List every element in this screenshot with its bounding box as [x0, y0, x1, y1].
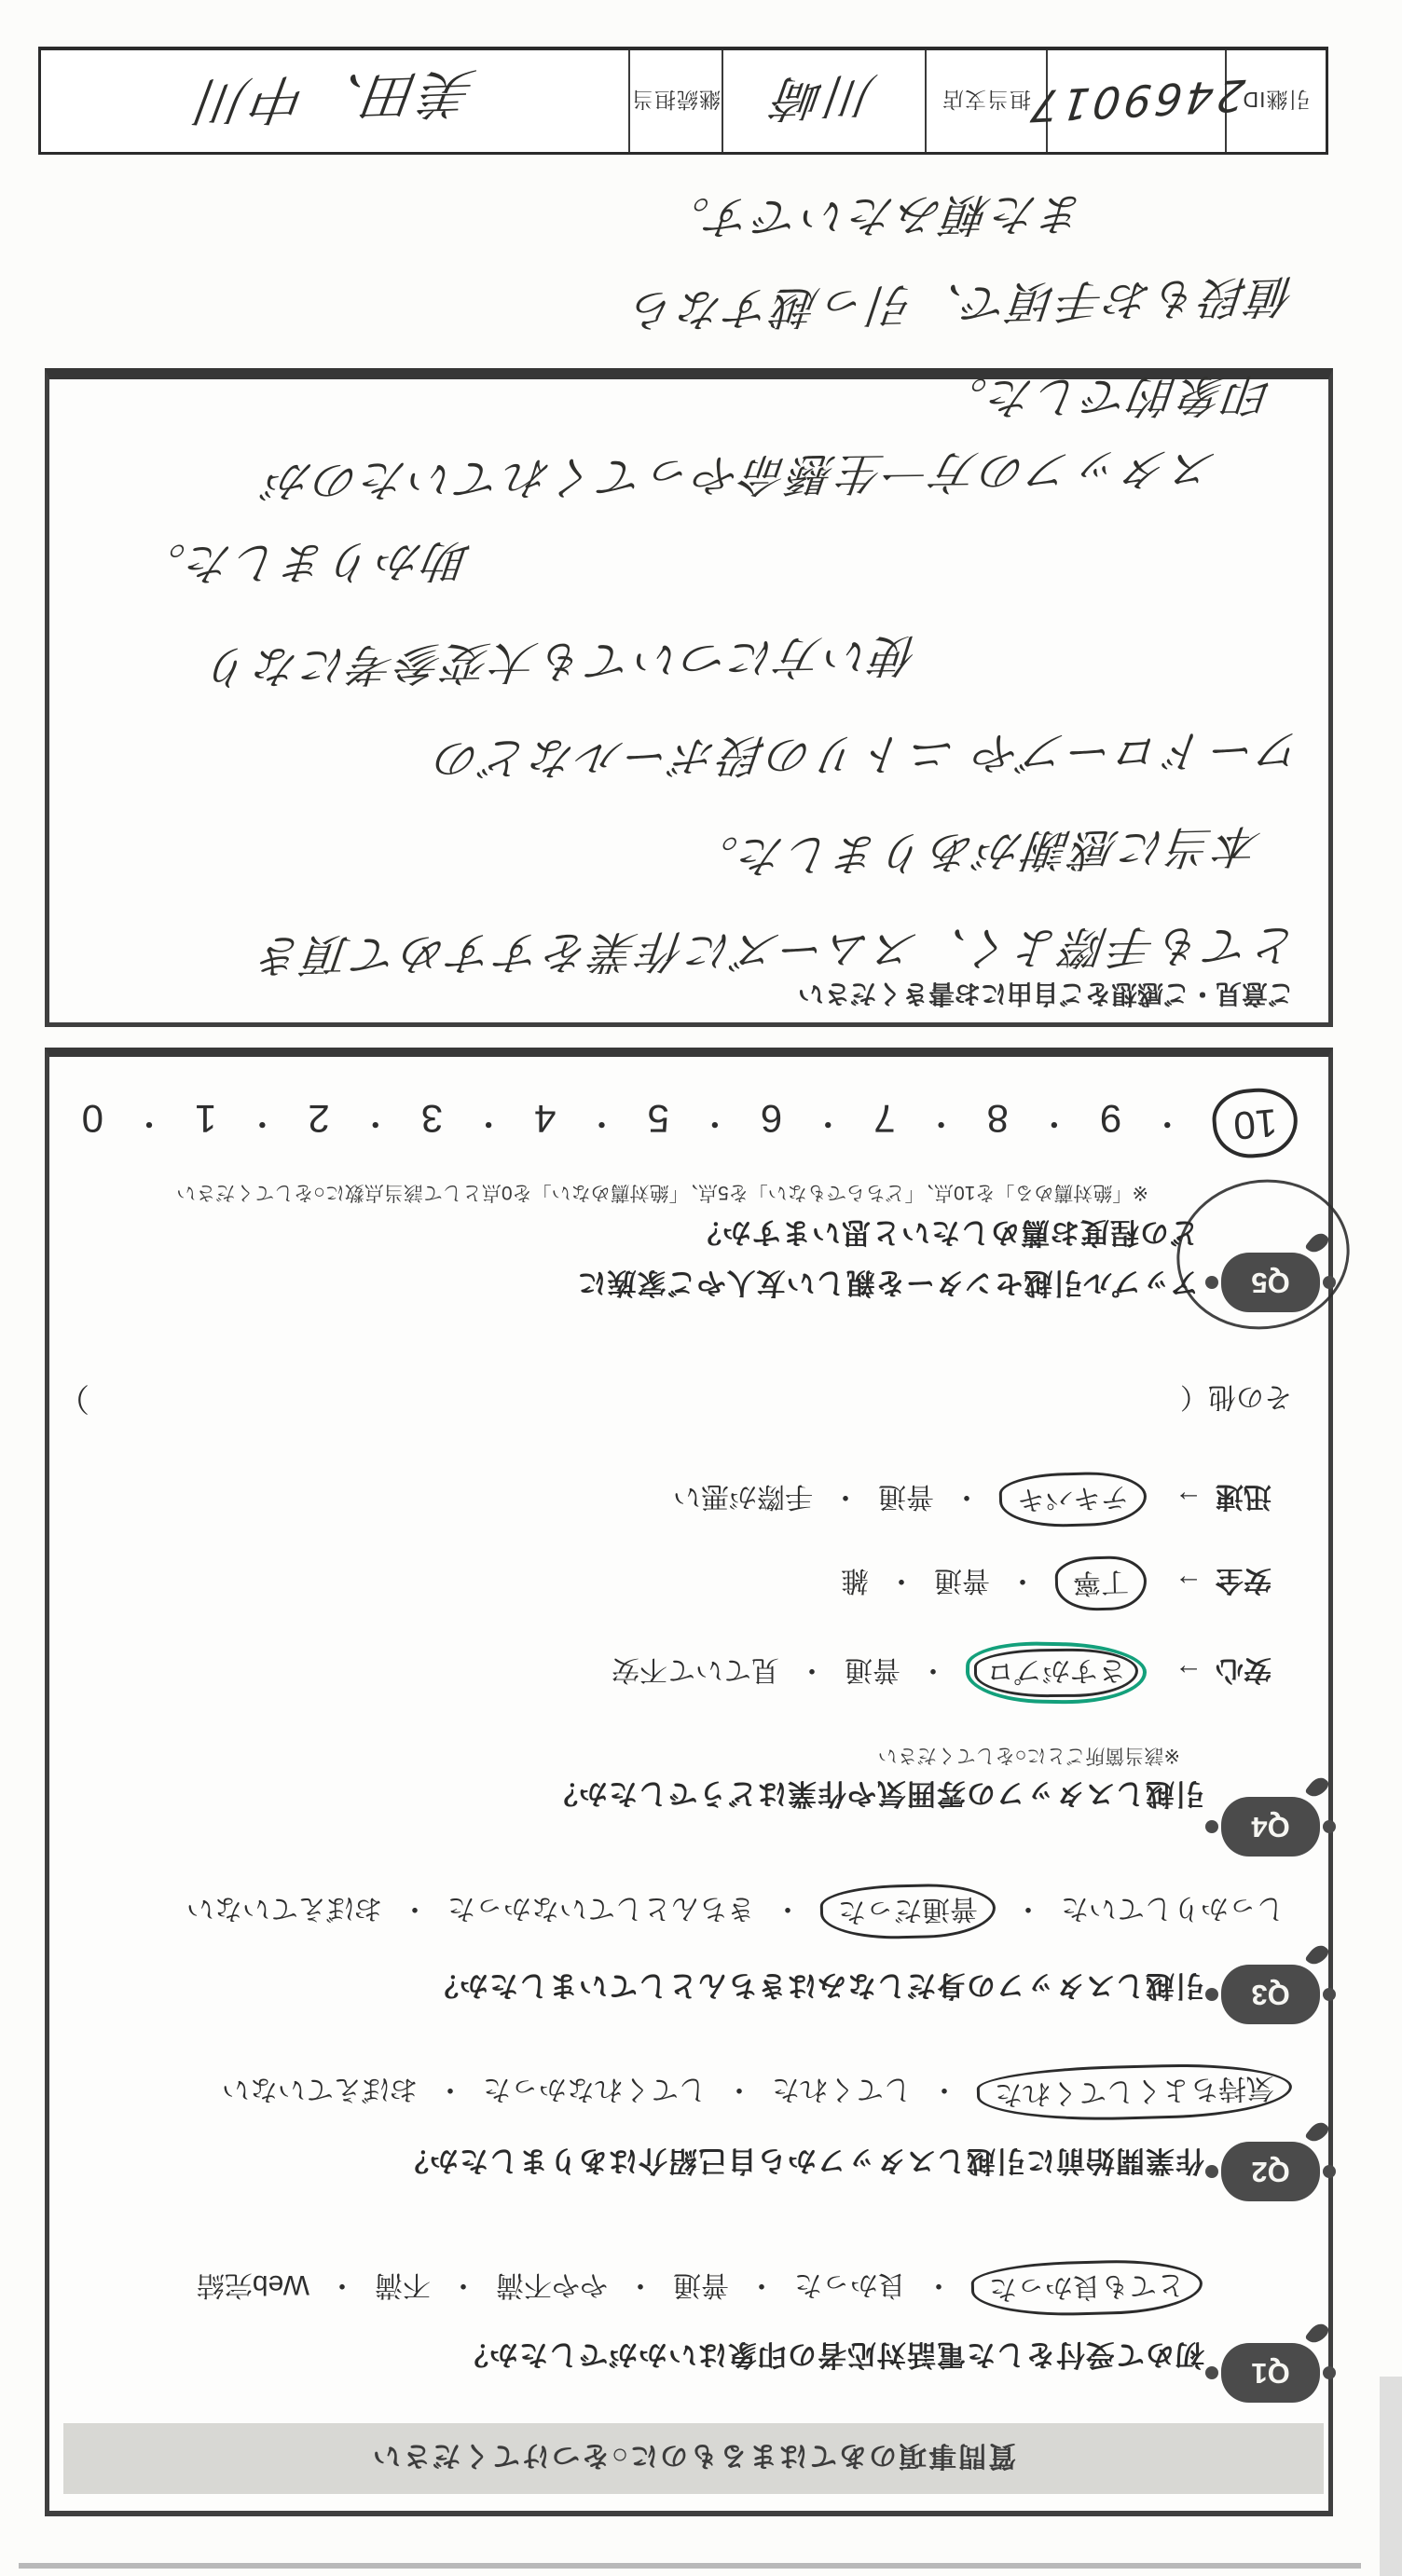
q4-row-jinsoku: 迅速 → テキパキ 普通 手際が悪い [673, 1473, 1271, 1527]
arrow-icon: → [1175, 1484, 1203, 1515]
scan-edge-line [19, 2563, 1361, 2569]
q3-text: 引越しスタッフの身だしなみはきちんとしていましたか？ [429, 1967, 1204, 2009]
handwritten-line: とても手際よく、スムーズに作業をすすめて頂き [253, 916, 1300, 992]
q4-row1-option-2: 普通 [845, 1652, 966, 1693]
q3-option-4: おぼえていない [186, 1891, 447, 1932]
q2-badge: Q2 [1221, 2142, 1320, 2201]
q3-options: しっかりしていた 普通だった きちんとしていなかった おぼえていない [186, 1884, 1285, 1939]
q5-score-scale: 10 9 8 7 6 5 4 3 2 1 0 [82, 1089, 1298, 1158]
q4-badge: Q4 [1221, 1797, 1320, 1857]
q4-row-anzen: 安全 → 丁寧 普通 雑 [841, 1556, 1271, 1610]
q4-row2-category: 安全 [1216, 1563, 1271, 1604]
q5-text-line1: アップル引越センターを親しい友人やご家族に [577, 1265, 1199, 1307]
hand-circle: 丁寧 [1054, 1555, 1147, 1612]
q4-other-close-paren: ） [58, 1378, 89, 1424]
q2-option-3: してくれなかった [483, 2072, 772, 2113]
score-2: 2 [308, 1097, 420, 1150]
score-9: 9 [1100, 1097, 1213, 1150]
scanned-survey-sheet: 質問事項のあてはまるものに○をつけてください Q1 初めて受付をした電話対応者の… [0, 0, 1402, 2576]
score-4: 4 [534, 1097, 647, 1150]
q4-note: ※該当箇所ごとに○をしてください [878, 1743, 1180, 1771]
q4-row1-option-3: 見ていて不安 [612, 1652, 845, 1693]
q3-option-3: きちんとしていなかった [447, 1891, 820, 1932]
q1-text: 初めて受付をした電話対応者の印象はいかがでしたか？ [459, 2336, 1204, 2378]
table-label-continuing-staff: 継続担当 [628, 50, 722, 152]
q4-badge-label: Q4 [1251, 1810, 1289, 1843]
q4-row3-category: 迅速 [1216, 1479, 1271, 1520]
handwritten-line: 使い方についても大変参考になり [202, 626, 920, 703]
handwritten-line: ワードローブや ニトリの段ボールなどの [430, 721, 1306, 795]
score-1: 1 [195, 1097, 308, 1150]
q5-badge: Q5 [1221, 1253, 1320, 1312]
hand-circle: 気持ちよくしてくれた [976, 2062, 1292, 2124]
hand-circle: 普通だった [819, 1883, 996, 1941]
q4-row2-option-3: 雑 [841, 1563, 934, 1604]
q5-badge-label: Q5 [1251, 1266, 1289, 1299]
handwritten-line: 本当に感謝がありました。 [686, 817, 1264, 894]
q1-option-2: 良かった [794, 2268, 971, 2309]
q1-option-3: 普通 [673, 2268, 794, 2309]
scan-edge-shade [1380, 2377, 1402, 2576]
q2-option-2: してくれた [772, 2072, 977, 2113]
q5-text-line2: どの程度お薦めしたいと思いますか？ [692, 1214, 1199, 1256]
handwritten-line-overflow: また頼みたいです。 [657, 185, 1088, 254]
score-3: 3 [421, 1097, 534, 1150]
table-value-continuing-staff: 美田、中川 [41, 50, 628, 152]
hand-circle: とても良かった [970, 2258, 1203, 2318]
q4-row2-option-1: 丁寧 [1055, 1556, 1147, 1610]
section-header-text: 質問事項のあてはまるものに○をつけてください [371, 2438, 1016, 2479]
score-10: 10 [1213, 1089, 1298, 1158]
score-8: 8 [987, 1097, 1100, 1150]
q4-text: 引越しスタッフの雰囲気や作業はどうでしたか？ [548, 1775, 1204, 1817]
handover-info-table: 引継ID 2469017 担当支店 川崎 継続担当 美田、中川 [38, 47, 1328, 155]
handwritten-line-overflow: 値段もお手頃で、引っ越すなら [625, 267, 1297, 347]
q3-option-1: しっかりしていた [1061, 1891, 1285, 1932]
q3-badge-label: Q3 [1251, 1978, 1289, 2011]
hand-circle: 10 [1210, 1085, 1300, 1161]
handwritten-line: スタッフの方一生懸命やってくれていたのが [260, 440, 1219, 517]
q2-option-1: 気持ちよくしてくれた [977, 2065, 1292, 2119]
q2-options: 気持ちよくしてくれた してくれた してくれなかった おぼえていない [222, 2065, 1292, 2119]
table-value-handover-id: 2469017 [1046, 50, 1225, 152]
q1-option-4: やや不満 [496, 2268, 673, 2309]
hand-circle-green: さすがプロ [965, 1640, 1147, 1705]
q4-row1-option-1: さすがプロ [966, 1642, 1147, 1704]
q1-badge: Q1 [1221, 2343, 1320, 2403]
q4-row1-category: 安心 [1216, 1652, 1271, 1693]
section-header-bar: 質問事項のあてはまるものに○をつけてください [63, 2423, 1324, 2494]
q2-text: 作業開始前に引越しスタッフから自己紹介はありましたか？ [399, 2143, 1204, 2185]
q4-other-label: その他（ [1180, 1379, 1292, 1420]
q4-row3-option-3: 手際が悪い [673, 1479, 878, 1520]
q3-badge: Q3 [1221, 1965, 1320, 2024]
q2-badge-label: Q2 [1251, 2155, 1289, 2188]
score-5: 5 [647, 1097, 760, 1150]
table-value-branch: 川崎 [722, 50, 925, 152]
q1-option-1: とても良かった [971, 2261, 1203, 2315]
q3-option-2: 普通だった [820, 1884, 1061, 1939]
q4-row3-option-2: 普通 [878, 1479, 999, 1520]
q1-options: とても良かった 良かった 普通 やや不満 不満 Web完結 [197, 2261, 1203, 2315]
q5-note: ※「絶対薦める」を10点、「どちらでもない」を5点、「絶対薦めない」を0点として… [176, 1180, 1148, 1208]
q4-row2-option-2: 普通 [934, 1563, 1055, 1604]
q4-row-anshin: 安心 → さすがプロ 普通 見ていて不安 [612, 1642, 1271, 1704]
q1-option-5: 不満 [375, 2268, 496, 2309]
handwritten-line: 印象的でした。 [936, 366, 1275, 434]
hand-circle: テキパキ [998, 1471, 1147, 1528]
arrow-icon: → [1175, 1568, 1203, 1599]
arrow-icon: → [1175, 1657, 1203, 1689]
score-7: 7 [873, 1097, 986, 1150]
q1-option-6: Web完結 [197, 2268, 375, 2309]
q4-row3-option-1: テキパキ [999, 1473, 1147, 1527]
handwritten-line: 助かりました。 [134, 532, 474, 600]
score-0: 0 [82, 1097, 195, 1150]
q1-badge-label: Q1 [1251, 2356, 1289, 2390]
hand-circle: さすがプロ [974, 1648, 1138, 1698]
q2-option-4: おぼえていない [222, 2072, 483, 2113]
score-6: 6 [761, 1097, 873, 1150]
